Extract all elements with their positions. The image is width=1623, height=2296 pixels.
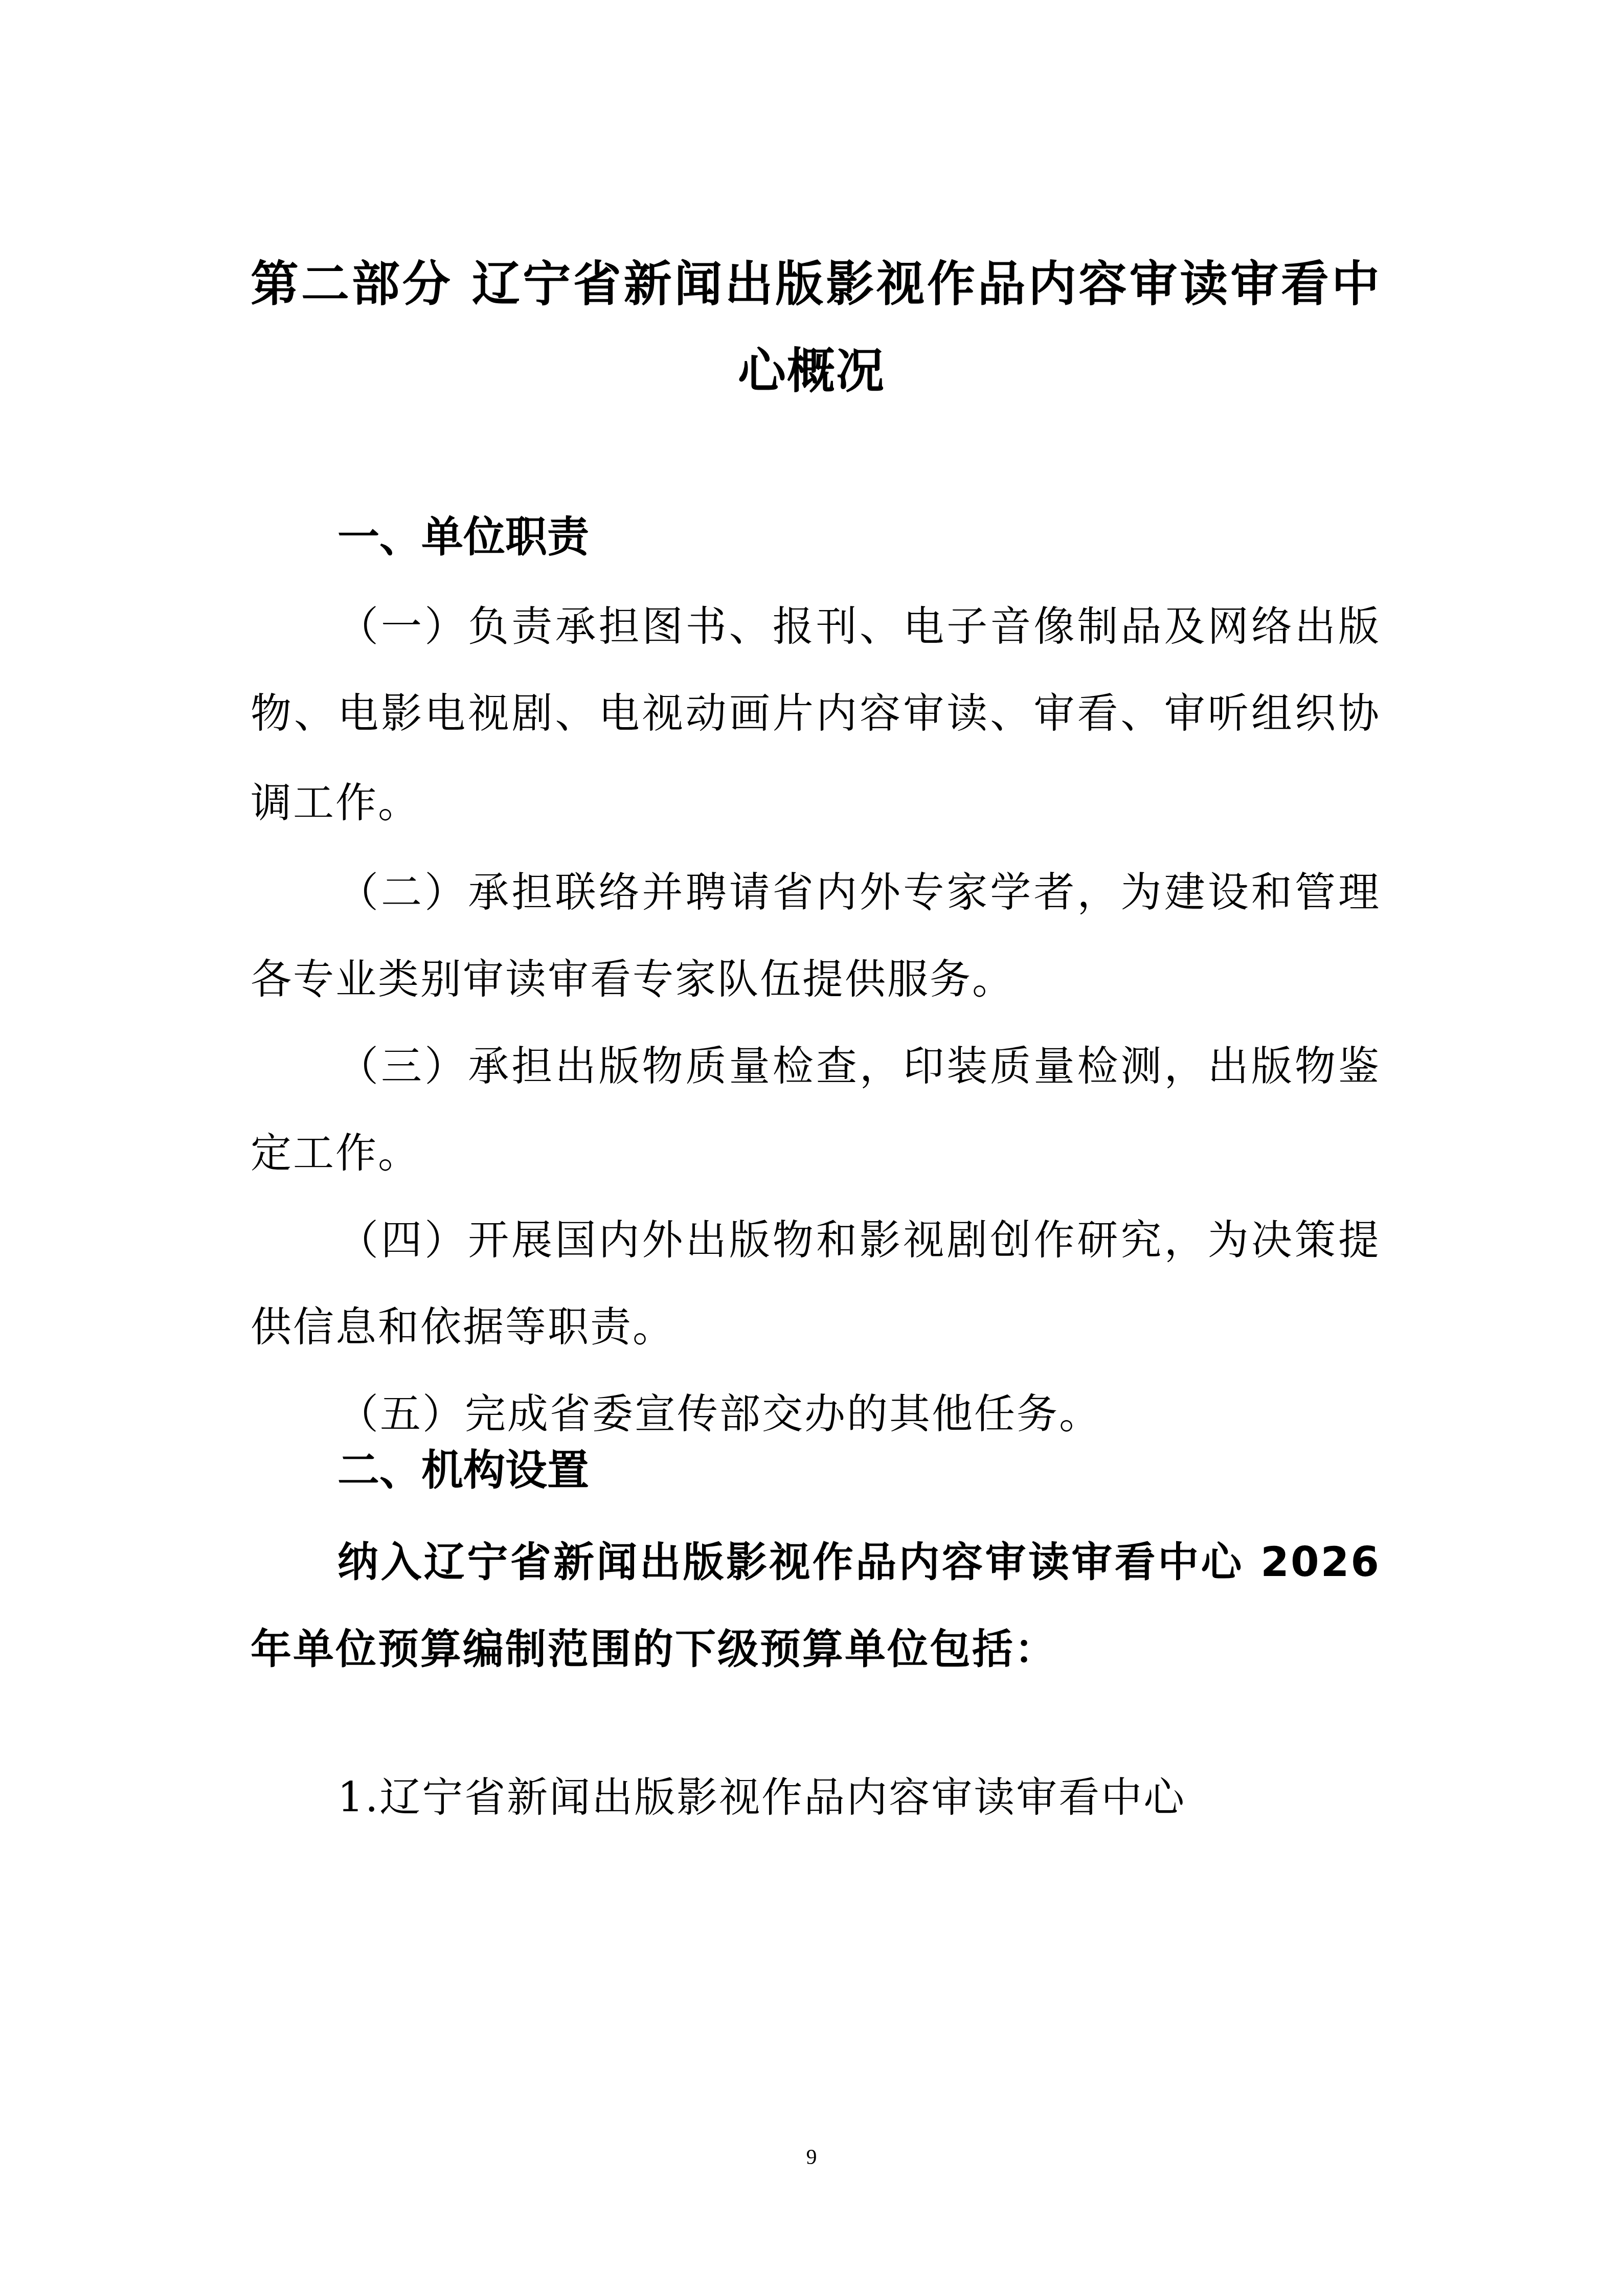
paragraph-line: 纳入辽宁省新闻出版影视作品内容审读审看中心 2026	[337, 1529, 1381, 1588]
paragraph-line: 调工作。	[251, 770, 420, 828]
document-page: 第二部分 辽宁省新闻出版影视作品内容审读审看中 心概况 一、单位职责 （一）负责…	[0, 0, 1623, 2296]
page-number: 9	[0, 2145, 1623, 2170]
page-title-line-1: 第二部分 辽宁省新闻出版影视作品内容审读审看中	[251, 245, 1381, 314]
paragraph-line: 年单位预算编制范围的下级预算单位包括：	[251, 1616, 1057, 1675]
unit-list-item: 1.辽宁省新闻出版影视作品内容审读审看中心	[337, 1764, 1186, 1823]
paragraph-line: 供信息和依据等职责。	[251, 1294, 675, 1353]
paragraph-line: （三）承担出版物质量检查，印装质量检测，出版物鉴	[337, 1033, 1381, 1092]
paragraph-line: （一）负责承担图书、报刊、电子音像制品及网络出版	[337, 593, 1381, 652]
paragraph-line: 各专业类别审读审看专家队伍提供服务。	[251, 946, 1015, 1005]
section-heading-responsibilities: 一、单位职责	[337, 504, 589, 564]
paragraph-line: （二）承担联络并聘请省内外专家学者，为建设和管理	[337, 859, 1381, 918]
paragraph-line: （五）完成省委宣传部交办的其他任务。	[337, 1381, 1101, 1439]
paragraph-line: 定工作。	[251, 1120, 420, 1179]
paragraph-line: 物、电影电视剧、电视动画片内容审读、审看、审听组织协	[251, 680, 1381, 739]
page-title-line-2: 心概况	[0, 332, 1623, 401]
paragraph-line: （四）开展国内外出版物和影视剧创作研究，为决策提	[337, 1207, 1381, 1266]
section-heading-organization: 二、机构设置	[337, 1437, 589, 1497]
